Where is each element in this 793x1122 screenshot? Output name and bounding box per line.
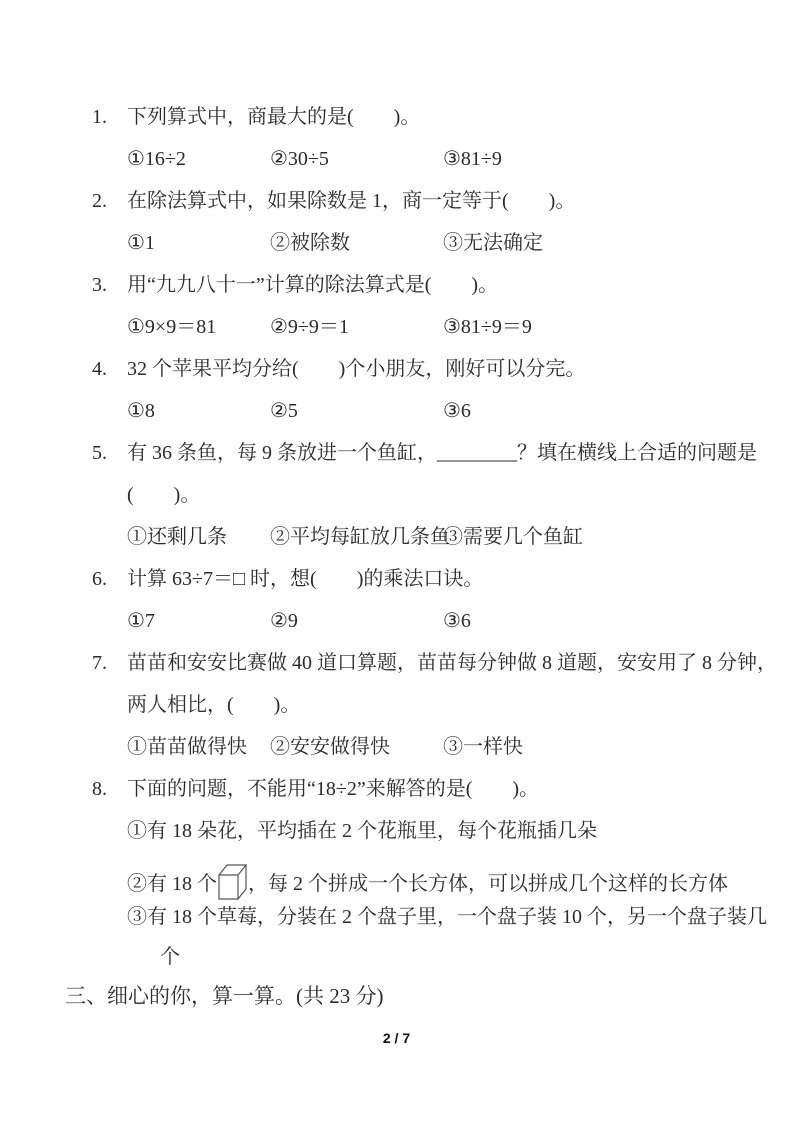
question-3: 3.用“九九八十一”计算的除法算式是( )。	[92, 272, 753, 299]
question-8-text: 下面的问题，不能用“18÷2”来解答的是( )。	[127, 778, 539, 800]
worksheet-page: 1.下列算式中，商最大的是( )。 ①16÷2 ②30÷5 ③81÷9 2.在除…	[0, 0, 793, 1122]
question-7-number: 7.	[92, 650, 127, 677]
option-label: ①苗苗做得快	[127, 734, 270, 761]
question-1-text: 下列算式中，商最大的是( )。	[127, 106, 420, 128]
option-label: ③6	[443, 608, 753, 635]
option-label: ②30÷5	[270, 146, 443, 173]
question-5-text-line-1: 有 36 条鱼，每 9 条放进一个鱼缸，________？填在横线上合适的问题是	[127, 442, 757, 464]
option-label: ②安安做得快	[270, 734, 443, 761]
option-label: ①9×9＝81	[127, 314, 270, 341]
option-label: ③需要几个鱼缸	[443, 524, 753, 551]
question-5-text-line-2: ( )。	[127, 482, 753, 509]
option-label: ①还剩几条	[127, 524, 270, 551]
option-label: ③81÷9＝9	[443, 314, 753, 341]
option-label: ②被除数	[270, 230, 443, 257]
option-label: ③无法确定	[443, 230, 753, 257]
question-8-option-2: ②有 18 个，每 2 个拼成一个长方体，可以拼成几个这样的长方体	[127, 871, 753, 898]
question-3-options: ①9×9＝81 ②9÷9＝1 ③81÷9＝9	[127, 314, 753, 341]
question-2-number: 2.	[92, 188, 127, 215]
question-1-number: 1.	[92, 104, 127, 131]
question-3-text: 用“九九八十一”计算的除法算式是( )。	[127, 274, 498, 296]
question-7-text-line-2: 两人相比，( )。	[127, 692, 753, 719]
option-label: ③81÷9	[443, 146, 753, 173]
question-4-options: ①8 ②5 ③6	[127, 398, 753, 425]
question-6-number: 6.	[92, 566, 127, 593]
option-label: ①8	[127, 398, 270, 425]
question-8-option-2-post: ，每 2 个拼成一个长方体，可以拼成几个这样的长方体	[248, 873, 728, 895]
option-label: ②5	[270, 398, 443, 425]
question-8: 8.下面的问题，不能用“18÷2”来解答的是( )。	[92, 776, 753, 803]
question-1: 1.下列算式中，商最大的是( )。	[92, 104, 753, 131]
option-label: ②9÷9＝1	[270, 314, 443, 341]
question-8-option-3-line-2: 个	[160, 944, 753, 971]
question-3-number: 3.	[92, 272, 127, 299]
question-4: 4.32 个苹果平均分给( )个小朋友，刚好可以分完。	[92, 356, 753, 383]
option-label: ①7	[127, 608, 270, 635]
question-8-number: 8.	[92, 776, 127, 803]
page-number: 2 / 7	[0, 1030, 793, 1046]
question-2-text: 在除法算式中，如果除数是 1，商一定等于( )。	[127, 190, 575, 212]
option-label: ①16÷2	[127, 146, 270, 173]
question-8-option-3-line-1: ③有 18 个草莓，分装在 2 个盘子里，一个盘子装 10 个，另一个盘子装几	[127, 904, 753, 931]
question-2-options: ①1 ②被除数 ③无法确定	[127, 230, 753, 257]
question-5-options: ①还剩几条 ②平均每缸放几条鱼 ③需要几个鱼缸	[127, 524, 753, 551]
question-2: 2.在除法算式中，如果除数是 1，商一定等于( )。	[92, 188, 753, 215]
option-label: ①1	[127, 230, 270, 257]
question-7-options: ①苗苗做得快 ②安安做得快 ③一样快	[127, 734, 753, 761]
option-label: ③6	[443, 398, 753, 425]
question-6-text: 计算 63÷7＝□ 时，想( )的乘法口诀。	[127, 568, 483, 590]
option-label: ②平均每缸放几条鱼	[270, 524, 443, 551]
question-5-number: 5.	[92, 440, 127, 467]
question-6: 6.计算 63÷7＝□ 时，想( )的乘法口诀。	[92, 566, 753, 593]
option-label: ②9	[270, 608, 443, 635]
question-6-options: ①7 ②9 ③6	[127, 608, 753, 635]
question-8-option-2-pre: ②有 18 个	[127, 873, 217, 895]
question-7-text-line-1: 苗苗和安安比赛做 40 道口算题，苗苗每分钟做 8 道题，安安用了 8 分钟，	[127, 652, 777, 674]
question-7: 7.苗苗和安安比赛做 40 道口算题，苗苗每分钟做 8 道题，安安用了 8 分钟…	[92, 650, 753, 677]
question-4-text: 32 个苹果平均分给( )个小朋友，刚好可以分完。	[127, 358, 585, 380]
section-3-heading: 三、细心的你，算一算。(共 23 分)	[65, 983, 753, 1010]
question-5: 5.有 36 条鱼，每 9 条放进一个鱼缸，________？填在横线上合适的问…	[92, 440, 753, 467]
question-4-number: 4.	[92, 356, 127, 383]
question-8-option-1: ①有 18 朵花，平均插在 2 个花瓶里，每个花瓶插几朵	[127, 818, 753, 845]
cube-icon	[217, 871, 248, 898]
question-1-options: ①16÷2 ②30÷5 ③81÷9	[127, 146, 753, 173]
option-label: ③一样快	[443, 734, 753, 761]
